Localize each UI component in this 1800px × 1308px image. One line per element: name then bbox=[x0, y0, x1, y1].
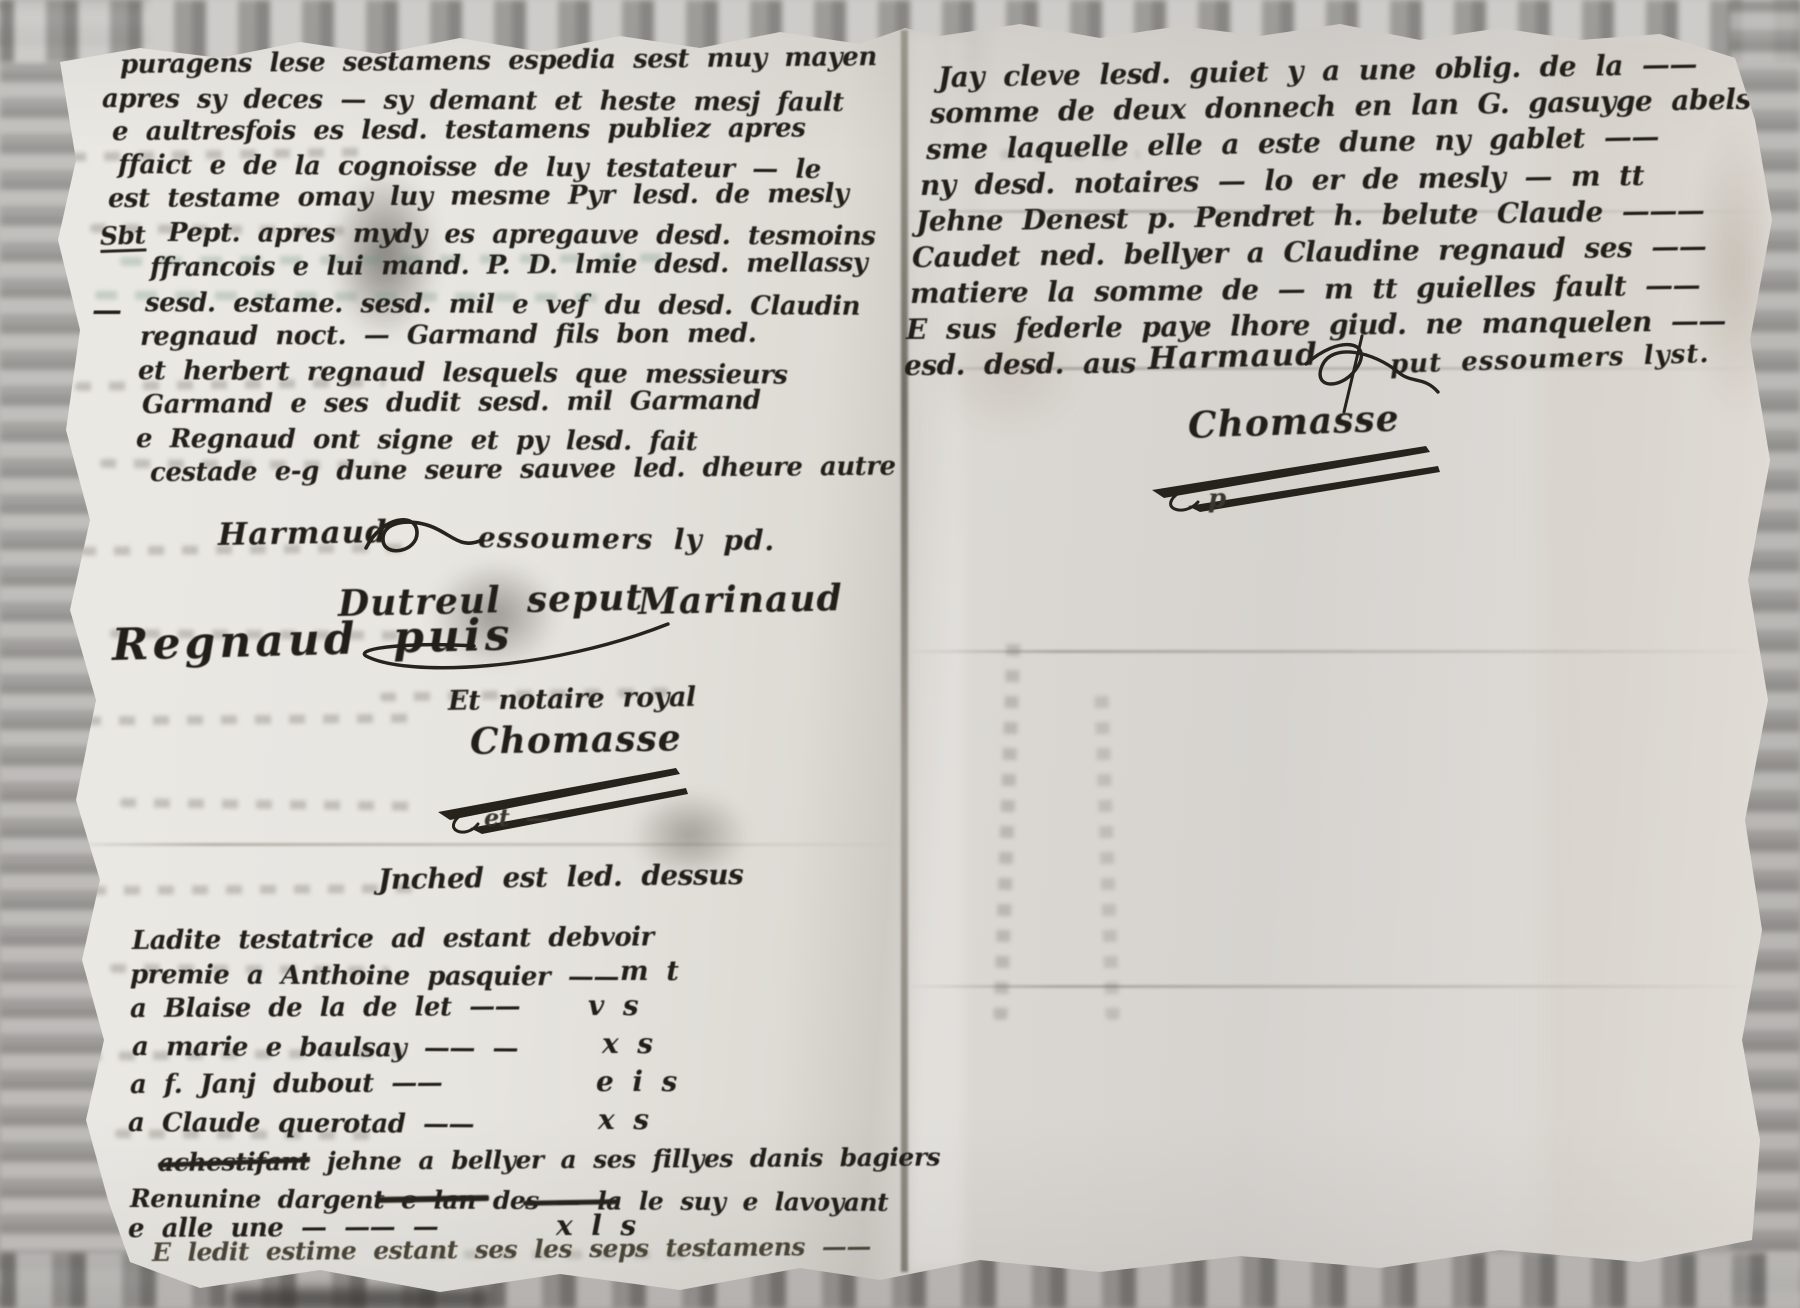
manuscript-line: ny desd. notaires — lo er de mesly — m t… bbox=[920, 162, 1644, 200]
manuscript-line: Garmand e ses dudit sesd. mil Garmand bbox=[142, 388, 761, 418]
paraph-flourish bbox=[1140, 438, 1460, 518]
manuscript-line: sme laquelle elle a este dune ny gablet … bbox=[926, 123, 1659, 164]
debt-amount: x s bbox=[598, 1106, 649, 1134]
bleedthrough-marks bbox=[85, 714, 425, 726]
debt-amount: v s bbox=[588, 992, 638, 1020]
bleedthrough-marks bbox=[90, 884, 420, 895]
debt-amount: m t bbox=[620, 958, 678, 985]
margin-dash: — bbox=[92, 296, 122, 326]
manuscript-line: cestade e-g dune seure sauvee led. dheur… bbox=[150, 453, 896, 486]
closing-line: E ledit estime estant ses les seps testa… bbox=[152, 1234, 871, 1265]
signature-regnaud: Regnaud puis bbox=[111, 613, 514, 667]
debt-line: a f. Janj dubout —— bbox=[130, 1070, 442, 1098]
paraph-flourish bbox=[428, 762, 708, 838]
manuscript-line: regnaud noct. — Garmand fils bon med. bbox=[140, 321, 756, 350]
notary-title: Et notaire royal bbox=[448, 684, 696, 715]
manuscript-line: e Regnaud ont signe et py lesd. fait bbox=[136, 426, 697, 455]
manuscript-line: et herbert regnaud lesquels que messieur… bbox=[138, 358, 788, 389]
manuscript-line: apres sy deces — sy demant et heste mesj… bbox=[102, 86, 844, 116]
manuscript-sheet: puragens lese sestamens espedia sest muy… bbox=[0, 0, 1800, 1308]
crease-line bbox=[60, 843, 905, 846]
paraph-flourish bbox=[360, 508, 490, 570]
signature-marinaud: Marinaud bbox=[638, 580, 843, 620]
manuscript-line: Jehne Denest p. Pendret h. belute Claude… bbox=[916, 197, 1705, 236]
bleedthrough-column bbox=[1094, 690, 1120, 1020]
signature-harmaud-right: Harmaud bbox=[1148, 340, 1319, 375]
manuscript-line: sesd. estame. sesd. mil e vef du desd. C… bbox=[145, 290, 860, 320]
manuscript-line: e aultresfois es lesd. testamens publiez… bbox=[112, 115, 805, 145]
margin-note: Sbt bbox=[99, 222, 146, 253]
section-heading: Jnched est led. dessus bbox=[378, 861, 744, 894]
crease-line bbox=[905, 985, 1760, 988]
manuscript-line: Caudet ned. bellyer a Claudine regnaud s… bbox=[912, 233, 1707, 272]
crease-line bbox=[905, 650, 1765, 653]
debt-line: a Claude querotad —— bbox=[128, 1110, 474, 1138]
manuscript-line: Pept. apres mydy es apregauve desd. tesm… bbox=[168, 220, 876, 250]
debt-line: Ladite testatrice ad estant debvoir bbox=[132, 924, 654, 954]
debt-line: Renunine dargent e lan des — la le suy e… bbox=[130, 1186, 888, 1215]
manuscript-line: ffaict e de la cognoisse de luy testateu… bbox=[118, 152, 821, 183]
background-dark-blob bbox=[230, 1288, 490, 1308]
bleedthrough-marks bbox=[120, 798, 420, 811]
countersignature: essoumers ly pd. bbox=[478, 524, 776, 555]
manuscript-line: esd. desd. aus bbox=[904, 350, 1136, 380]
debt-line: a marie e baulsay —— — bbox=[132, 1034, 518, 1062]
manuscript-line: matiere la somme de — m tt guielles faul… bbox=[910, 272, 1700, 308]
signature-chomasse: Chomasse bbox=[470, 720, 682, 760]
bleedthrough-column bbox=[993, 640, 1020, 1020]
small-mark-right: p bbox=[1208, 486, 1226, 512]
small-mark: et — bbox=[484, 806, 549, 830]
manuscript-photo: puragens lese sestamens espedia sest muy… bbox=[0, 0, 1800, 1308]
debt-amount: x s bbox=[602, 1030, 653, 1058]
debt-line: a Blaise de la de let —— bbox=[130, 994, 520, 1022]
debt-amount: e i s bbox=[596, 1068, 677, 1096]
debt-line: premie a Anthoine pasquier —— bbox=[130, 962, 619, 991]
manuscript-line: ffrancois e lui mand. P. D. lmie desd. m… bbox=[150, 250, 867, 281]
manuscript-line: est testame omay luy mesme Pyr lesd. de … bbox=[108, 181, 849, 212]
